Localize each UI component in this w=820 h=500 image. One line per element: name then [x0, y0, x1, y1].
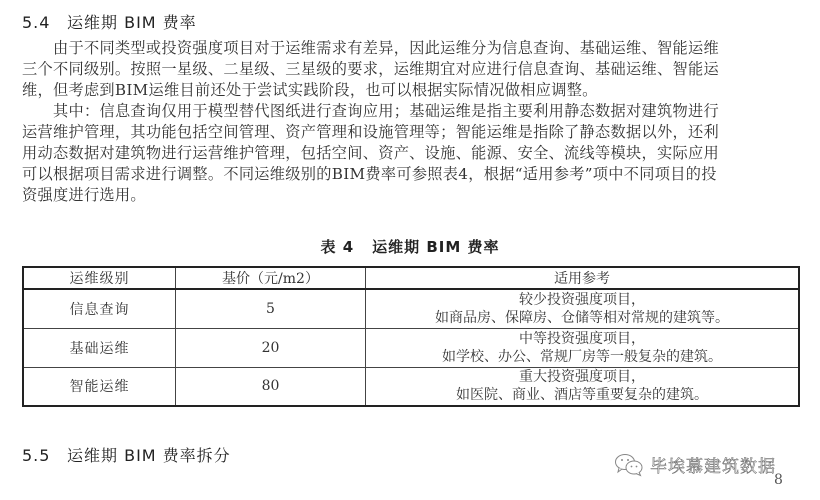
cell-level: 智能运维: [23, 367, 176, 406]
reference-line: 较少投资强度项目，: [366, 291, 798, 309]
section-number: 5.5: [22, 446, 67, 465]
cell-level: 基础运维: [23, 328, 176, 367]
table-caption: 表 4运维期 BIM 费率: [0, 236, 820, 257]
section-heading-5-4: 5.4运维期 BIM 费率: [22, 10, 197, 33]
cell-price: 20: [176, 328, 366, 367]
cell-reference: 重大投资强度项目， 如医院、商业、酒店等重要复杂的建筑。: [366, 367, 800, 406]
section-heading-5-5: 5.5运维期 BIM 费率拆分: [22, 443, 231, 466]
watermark: 毕埃慕建筑数据: [614, 452, 776, 477]
paragraph-line: 资强度进行选用。: [22, 185, 802, 206]
wechat-icon: [614, 453, 644, 477]
reference-line: 如学校、办公、常规厂房等一般复杂的建筑。: [366, 348, 798, 366]
paragraph-levels: 由于不同类型或投资强度项目对于运维需求有差异，因此运维分为信息查询、基础运维、智…: [22, 38, 802, 101]
reference-line: 重大投资强度项目，: [366, 368, 798, 386]
paragraph-line: 其中：信息查询仅用于模型替代图纸进行查询应用；基础运维是指主要利用静态数据对建筑…: [22, 101, 802, 122]
table-row: 智能运维 80 重大投资强度项目， 如医院、商业、酒店等重要复杂的建筑。: [23, 367, 799, 406]
reference-line: 如医院、商业、酒店等重要复杂的建筑。: [366, 386, 798, 404]
reference-line: 如商品房、保障房、仓储等相对常规的建筑等。: [366, 309, 798, 327]
paragraph-line: 维，但考虑到BIM运维目前还处于尝试实践阶段，也可以根据实际情况做相应调整。: [22, 80, 802, 101]
cell-price: 80: [176, 367, 366, 406]
paragraph-definitions: 其中：信息查询仅用于模型替代图纸进行查询应用；基础运维是指主要利用静态数据对建筑…: [22, 101, 802, 206]
paragraph-line: 运营维护管理，其功能包括空间管理、资产管理和设施管理等；智能运维是指除了静态数据…: [22, 122, 802, 143]
reference-line: 中等投资强度项目，: [366, 330, 798, 348]
column-header-level: 运维级别: [23, 267, 176, 289]
table-caption-title: 运维期 BIM 费率: [372, 238, 499, 256]
paragraph-line: 可以根据项目需求进行调整。不同运维级别的BIM费率可参照表4，根据“适用参考”项…: [22, 164, 802, 185]
section-number: 5.4: [22, 13, 67, 32]
cell-level: 信息查询: [23, 289, 176, 328]
section-title: 运维期 BIM 费率: [67, 13, 197, 32]
table-header-row: 运维级别 基价（元/m2） 适用参考: [23, 267, 799, 289]
table-row: 信息查询 5 较少投资强度项目， 如商品房、保障房、仓储等相对常规的建筑等。: [23, 289, 799, 328]
column-header-reference: 适用参考: [366, 267, 800, 289]
cell-reference: 中等投资强度项目， 如学校、办公、常规厂房等一般复杂的建筑。: [366, 328, 800, 367]
cell-price: 5: [176, 289, 366, 328]
table-caption-label: 表 4: [320, 238, 354, 256]
paragraph-line: 由于不同类型或投资强度项目对于运维需求有差异，因此运维分为信息查询、基础运维、智…: [22, 38, 802, 59]
paragraph-line: 三个不同级别。按照一星级、二星级、三星级的要求，运维期宜对应进行信息查询、基础运…: [22, 59, 802, 80]
watermark-text: 毕埃慕建筑数据: [650, 452, 776, 477]
section-title: 运维期 BIM 费率拆分: [67, 446, 231, 465]
paragraph-line: 用动态数据对建筑物进行运营维护管理，包括空间、资产、设施、能源、安全、流线等模块…: [22, 143, 802, 164]
bim-rate-table: 运维级别 基价（元/m2） 适用参考 信息查询 5 较少投资强度项目， 如商品房…: [22, 266, 800, 407]
page-number: 8: [774, 472, 783, 488]
table-row: 基础运维 20 中等投资强度项目， 如学校、办公、常规厂房等一般复杂的建筑。: [23, 328, 799, 367]
column-header-price: 基价（元/m2）: [176, 267, 366, 289]
cell-reference: 较少投资强度项目， 如商品房、保障房、仓储等相对常规的建筑等。: [366, 289, 800, 328]
